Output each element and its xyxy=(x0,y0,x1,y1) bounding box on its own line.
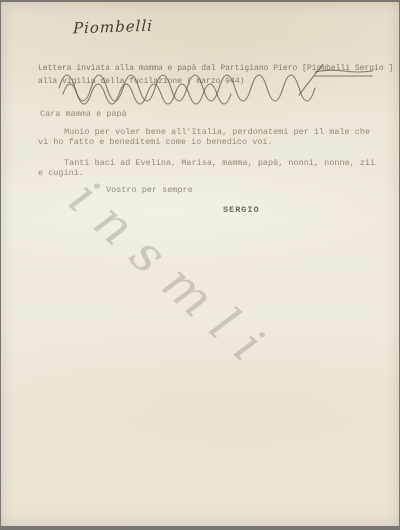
signature-name: SERGIO xyxy=(223,205,260,215)
paragraph2-line1: Tanti baci ad Evelina, Marisa, mamma, pa… xyxy=(64,158,375,168)
paragraph1-line1: Muoio per voler bene all'Italia, perdona… xyxy=(64,127,370,137)
handwritten-surname-note: Piombelli xyxy=(73,17,154,38)
scan-background: Piombelli Lettera inviata alla mamma e p… xyxy=(0,0,400,530)
struck-caption-line2: alla vigilia della fucilazione ( marzo 9… xyxy=(38,77,244,87)
struck-caption-line1: Lettera inviata alla mamma e papà dal Pa… xyxy=(38,64,393,74)
paragraph2-line2: e cugini. xyxy=(38,168,84,178)
letter-page: Piombelli Lettera inviata alla mamma e p… xyxy=(1,2,399,526)
paragraph1-line2: vi ho fatto e beneditemi come io benedic… xyxy=(38,137,273,147)
archive-watermark: insmli xyxy=(58,170,286,384)
salutation: Cara mamma e papà xyxy=(40,109,127,119)
